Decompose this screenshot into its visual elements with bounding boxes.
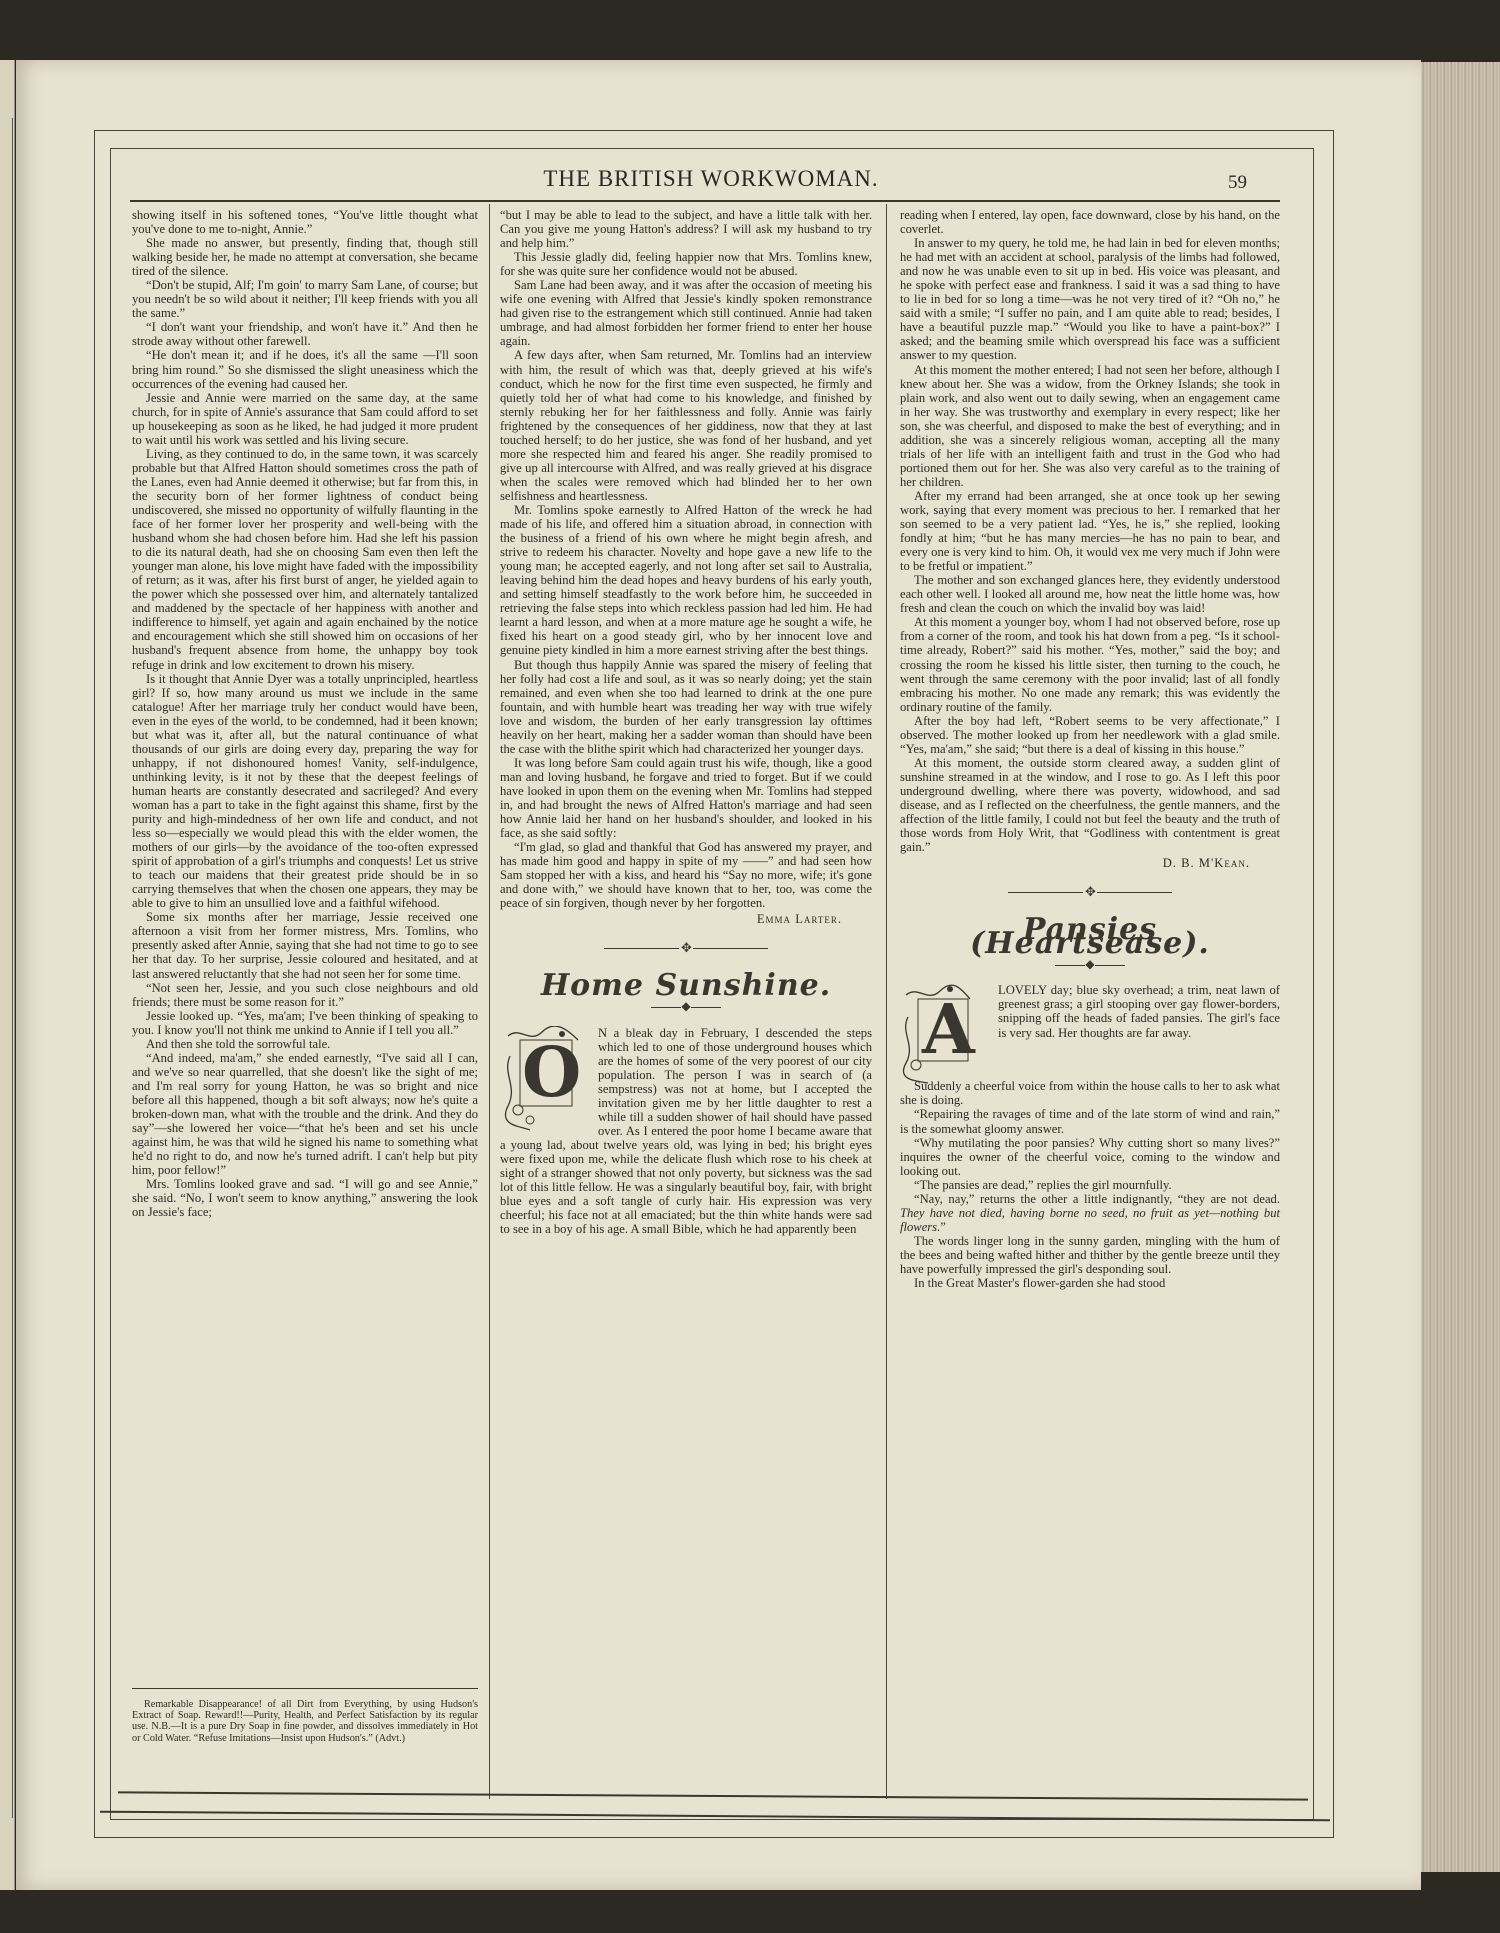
column-2: “but I may be able to lead to the subjec… [500, 208, 872, 1236]
paragraph: Jessie and Annie were married on the sam… [132, 391, 478, 447]
author-signature: Emma Larter. [500, 912, 872, 926]
paragraph: She made no answer, but presently, findi… [132, 236, 478, 278]
paragraph: “Nay, nay,” returns the other a little i… [900, 1192, 1280, 1234]
paragraph: This Jessie gladly did, feeling happier … [500, 250, 872, 278]
paragraph: A few days after, when Sam returned, Mr.… [500, 348, 872, 503]
diamond-icon: ◆ [681, 999, 690, 1013]
drop-cap-letter: O [522, 1038, 581, 1108]
facing-page-border [0, 118, 13, 1818]
paragraph: At this moment, the outside storm cleare… [900, 756, 1280, 854]
advertisement-hudsons-soap: Remarkable Disappearance! of all Dirt fr… [132, 1688, 478, 1744]
column-divider-2 [886, 204, 887, 1799]
paragraph: “I don't want your friendship, and won't… [132, 320, 478, 348]
paragraph: reading when I entered, lay open, face d… [900, 208, 1280, 236]
quote-text: “Nay, nay,” returns the other a little i… [914, 1192, 1280, 1206]
author-signature: D. B. M'Kean. [900, 856, 1280, 870]
article-title: Pansies (Heartsease). [900, 923, 1280, 951]
paragraph: Mr. Tomlins spoke earnestly to Alfred Ha… [500, 503, 872, 658]
title-ornament: ◆ [900, 957, 1280, 971]
paragraph: Is it thought that Annie Dyer was a tota… [132, 672, 478, 911]
column-divider-1 [489, 204, 490, 1799]
decorated-drop-cap: O [500, 1026, 590, 1134]
paragraph: “Not seen her, Jessie, and you such clos… [132, 981, 478, 1009]
flourish-icon: ✥ [679, 941, 693, 955]
paragraph: And then she told the sorrowful tale. [132, 1037, 478, 1051]
paragraph: In answer to my query, he told me, he ha… [900, 236, 1280, 362]
paragraph: “Don't be stupid, Alf; I'm goin' to marr… [132, 278, 478, 320]
paragraph: Jessie looked up. “Yes, ma'am; I've been… [132, 1009, 478, 1037]
paragraph: Mrs. Tomlins looked grave and sad. “I wi… [132, 1177, 478, 1219]
paragraph: “Why mutilating the poor pansies? Why cu… [900, 1136, 1280, 1178]
paragraph: “I'm glad, so glad and thankful that God… [500, 840, 872, 910]
paragraph: Some six months after her marriage, Jess… [132, 910, 478, 980]
paragraph: “Repairing the ravages of time and of th… [900, 1107, 1280, 1135]
header-rule [130, 200, 1280, 202]
drop-cap-letter: A [922, 995, 975, 1065]
quote-close: ” [940, 1220, 946, 1234]
diamond-icon: ◆ [1085, 957, 1094, 971]
paragraph: It was long before Sam could again trust… [500, 756, 872, 840]
section-divider-ornament: ✥ [900, 884, 1280, 899]
page-number: 59 [1228, 172, 1247, 194]
decorated-drop-cap: A [900, 983, 990, 1079]
paragraph: “but I may be able to lead to the subjec… [500, 208, 872, 250]
paragraph: After the boy had left, “Robert seems to… [900, 714, 1280, 756]
paragraph: After my errand had been arranged, she a… [900, 489, 1280, 573]
running-head: THE BRITISH WORKWOMAN. [110, 166, 1312, 192]
paragraph: But though thus happily Annie was spared… [500, 658, 872, 756]
paragraph: In the Great Master's flower-garden she … [900, 1276, 1280, 1290]
italic-quote-text: They have not died, having borne no seed… [900, 1206, 1280, 1234]
column-3: reading when I entered, lay open, face d… [900, 208, 1280, 1290]
advertisement-text: Remarkable Disappearance! of all Dirt fr… [132, 1699, 478, 1744]
paragraph: showing itself in his softened tones, “Y… [132, 208, 478, 236]
paragraph: At this moment the mother entered; I had… [900, 363, 1280, 489]
paragraph: At this moment a younger boy, whom I had… [900, 615, 1280, 713]
article-title: Home Sunshine. [500, 979, 872, 993]
flourish-icon: ✥ [1083, 885, 1097, 899]
paragraph: “And indeed, ma'am,” she ended earnestly… [132, 1051, 478, 1177]
section-divider-ornament: ✥ [500, 940, 872, 955]
paragraph: “The pansies are dead,” replies the girl… [900, 1178, 1280, 1192]
paragraph: “He don't mean it; and if he does, it's … [132, 348, 478, 390]
paragraph: Sam Lane had been away, and it was after… [500, 278, 872, 348]
paragraph: Living, as they continued to do, in the … [132, 447, 478, 672]
column-1: showing itself in his softened tones, “Y… [132, 208, 478, 1219]
paragraph: The mother and son exchanged glances her… [900, 573, 1280, 615]
paragraph: The words linger long in the sunny garde… [900, 1234, 1280, 1276]
